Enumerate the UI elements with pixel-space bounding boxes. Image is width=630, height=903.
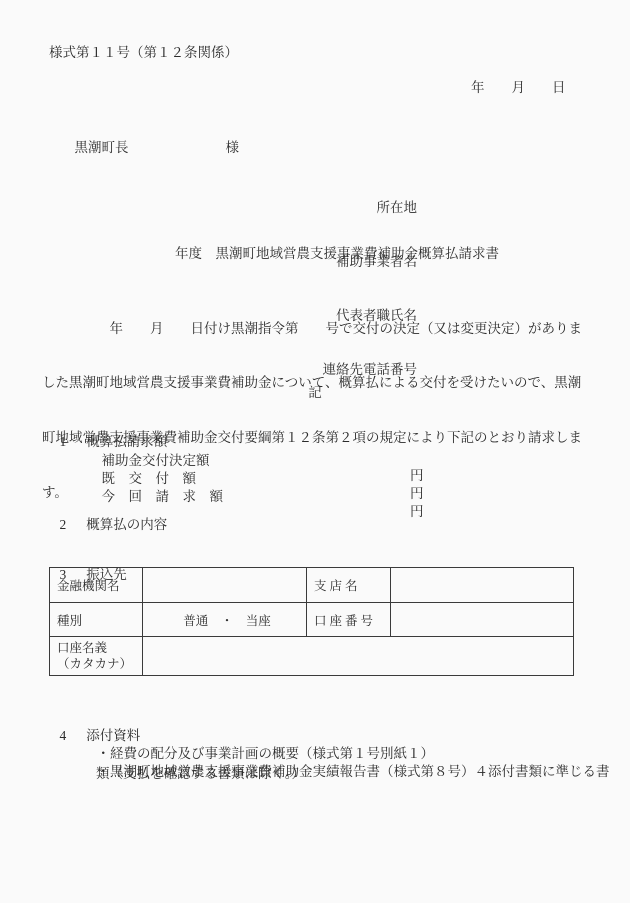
form-document-page: 様式第１１号（第１２条関係） 年 月 日 黒潮町長様 所在地 補助事業者名 代表… [0,0,630,903]
account-number-value-cell [391,603,574,637]
section-2-number: 2 [60,517,67,532]
financial-institution-value-cell [143,568,307,603]
account-holder-label-cell: 口座名義 （カタカナ） [50,637,143,676]
account-type-options-cell: 普通 ・ 当座 [143,603,307,637]
date-line: 年 月 日 [471,80,566,96]
amount-unit: 円 [410,504,424,520]
account-type-label-cell: 種別 [50,603,143,637]
section-2-heading: 2概算払の内容 [46,501,167,548]
account-holder-label-line: （カタカナ） [57,656,140,672]
section-2-title: 概算払の内容 [86,517,167,532]
attachment-item-continuation: 類（支払を確認する書類は除く。） [96,766,305,782]
record-mark: 記 [0,385,630,401]
section-1-number: 1 [60,434,67,449]
account-holder-value-cell [143,637,574,676]
transfer-table: 金融機関名 支店名 種別 普通 ・ 当座 口座番号 口座名義 （カタカナ） [49,567,574,676]
sender-field-address: 所在地 [323,199,418,217]
account-number-label-cell: 口座番号 [307,603,391,637]
section-4-number: 4 [60,728,67,743]
body-line: 年 月 日付け黒潮指令第 号で交付の決定（又は変更決定）がありま [42,320,582,338]
account-holder-label-line: 口座名義 [57,640,140,656]
branch-name-value-cell [391,568,574,603]
form-number-label: 様式第１１号（第１２条関係） [49,45,238,61]
document-title: 年度 黒潮町地域営農支援事業費補助金概算払請求書 [175,246,499,262]
addressee-name: 黒潮町長 [75,140,129,155]
addressee-line: 黒潮町長様 [61,124,239,171]
addressee-honorific: 様 [226,140,240,155]
branch-name-label-cell: 支店名 [307,568,391,603]
financial-institution-label-cell: 金融機関名 [50,568,143,603]
